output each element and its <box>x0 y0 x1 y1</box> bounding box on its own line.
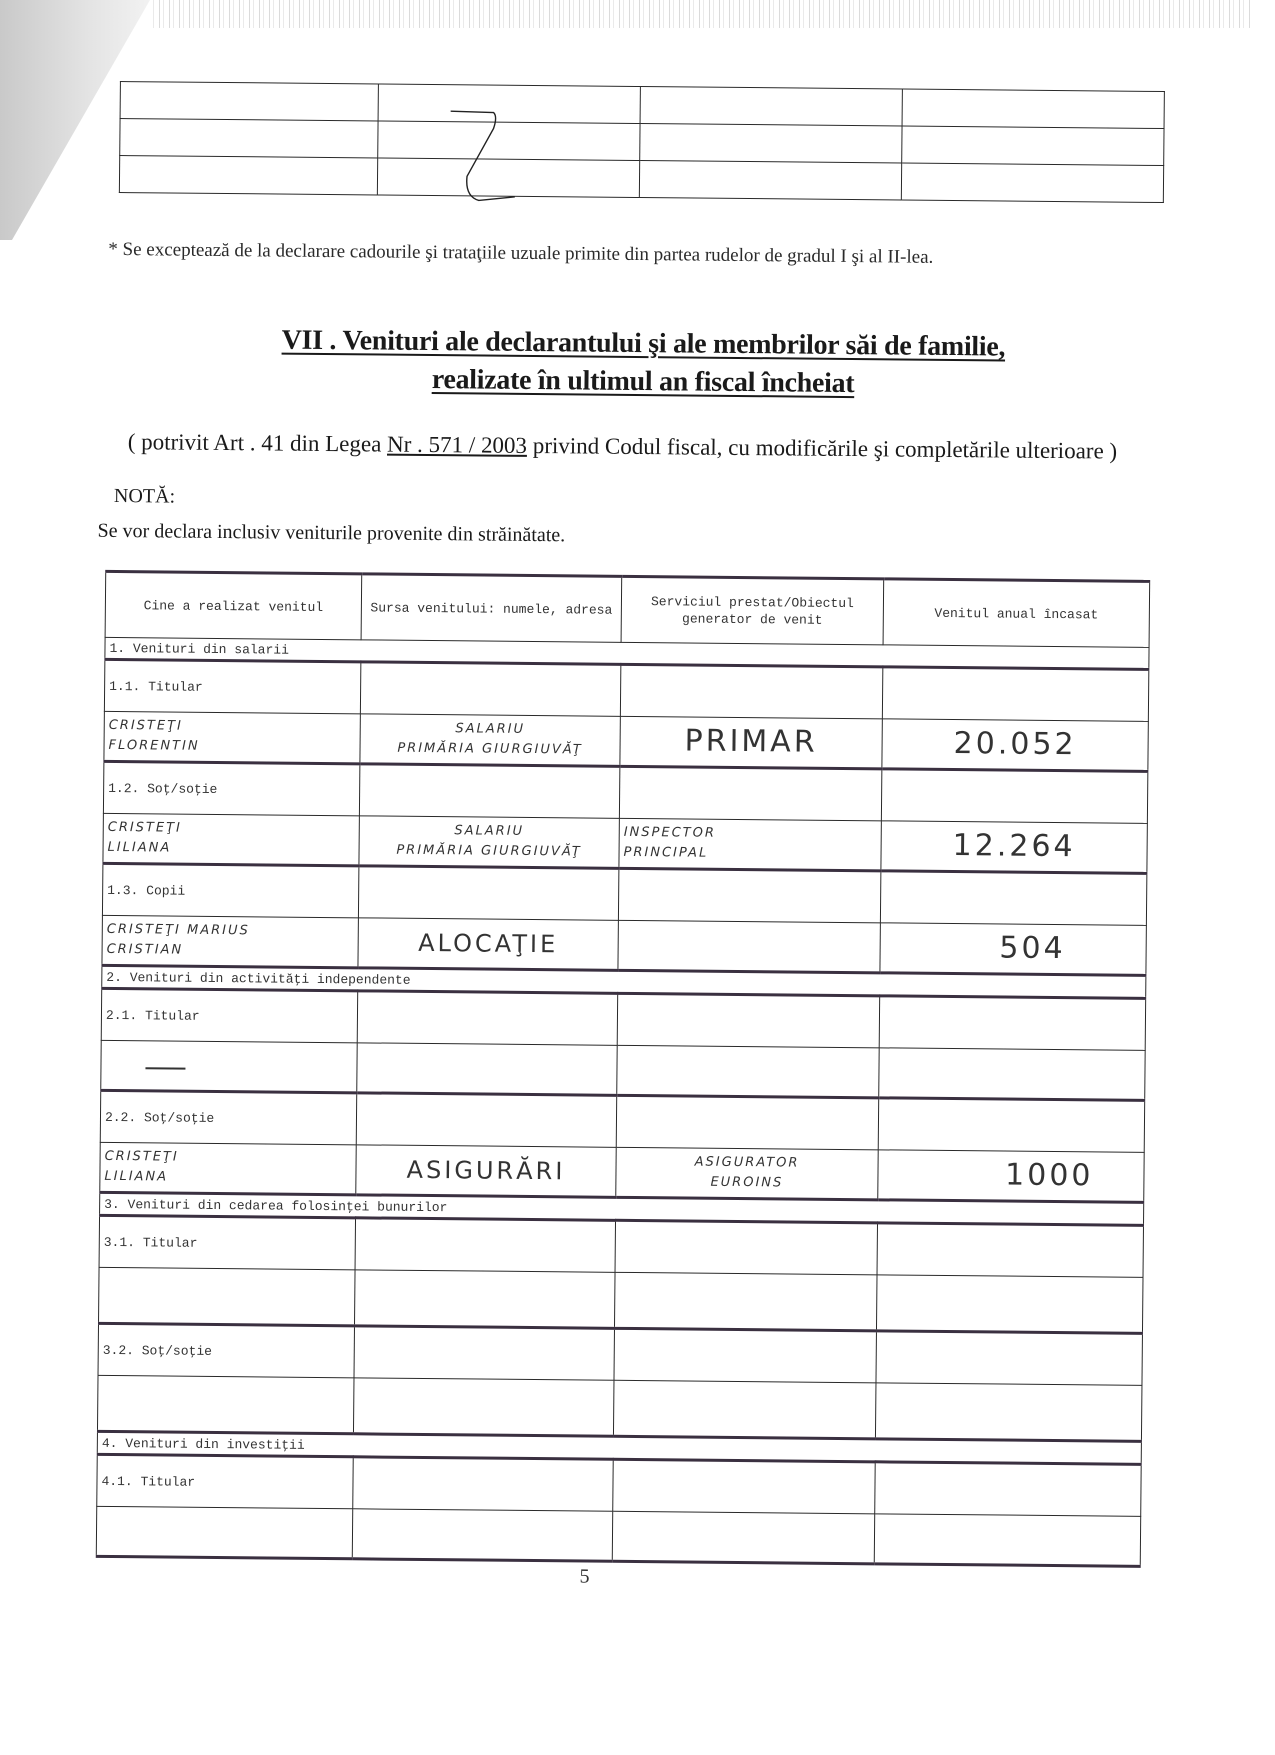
page-number: 5 <box>579 1565 589 1588</box>
entry-service <box>618 920 880 973</box>
section-title-line2: realizate în ultimul an fiscal încheiat <box>432 364 855 399</box>
law-number-link: Nr . 571 / 2003 <box>387 432 527 458</box>
section-title: VII . Venituri ale declarantului şi ale … <box>153 320 1134 405</box>
subsection-label: 2.1. Titular <box>101 988 357 1042</box>
entry-who: CRISTEŢI LILIANA <box>100 1142 356 1194</box>
entry-amount: 1000 <box>878 1150 1144 1203</box>
table-row <box>96 1506 1140 1566</box>
entry-source: SALARIU PRIMĂRIA GIURGIUVĂŢ <box>359 816 619 868</box>
subsection-label: 1.3. Copii <box>102 863 358 917</box>
document-page: * Se exceptează de la declarare cadouril… <box>0 0 1275 1755</box>
subsection-label: 2.2. Soţ/soţie <box>100 1090 356 1144</box>
subsection-label: 1.1. Titular <box>104 659 360 713</box>
entry-amount: 504 <box>880 923 1146 976</box>
table-header-row: Cine a realizat venitul Sursa venitului:… <box>105 571 1150 647</box>
entry-source: SALARIU PRIMĂRIA GIURGIUVĂŢ <box>360 714 620 766</box>
subsection-label: 3.2. Soţ/soţie <box>98 1323 354 1377</box>
entry-amount: 12.264 <box>881 821 1147 874</box>
entry-who: CRISTEŢI MARIUS CRISTIAN <box>102 915 358 967</box>
handwritten-dash <box>145 1067 185 1069</box>
note-label: NOTĂ: <box>114 485 175 509</box>
entry-who: CRISTEŢI LILIANA <box>103 813 359 865</box>
entry-who-dash <box>101 1040 357 1092</box>
note-text: Se vor declara inclusiv veniturile prove… <box>98 520 566 547</box>
entry-service: ASIGURATOR EUROINS <box>616 1147 878 1200</box>
entry-amount: 20.052 <box>882 719 1148 772</box>
legal-ref-suffix: privind Codul fiscal, cu modificările şi… <box>527 433 1117 464</box>
entry-service: PRIMAR <box>620 716 882 769</box>
section-title-line1: VII . Venituri ale declarantului şi ale … <box>282 325 1006 363</box>
header-source: Sursa venitului: numele, adresa <box>361 574 622 642</box>
income-table: Cine a realizat venitul Sursa venitului:… <box>96 570 1150 1568</box>
header-service: Serviciul prestat/Obiectul generator de … <box>621 576 884 645</box>
table-row <box>99 1267 1143 1333</box>
entry-source: ALOCAŢIE <box>358 918 618 970</box>
header-who: Cine a realizat venitul <box>105 571 362 639</box>
subsection-label: 1.2. Soţ/soţie <box>103 761 359 815</box>
previous-section-table <box>119 81 1165 203</box>
table-row <box>97 1375 1141 1441</box>
gifts-exception-footnote: * Se exceptează de la declarare cadouril… <box>108 239 1168 271</box>
entry-service: INSPECTOR PRINCIPAL <box>619 818 881 871</box>
subsection-label: 4.1. Titular <box>97 1454 353 1508</box>
subsection-label: 3.1. Titular <box>99 1215 355 1269</box>
legal-ref-prefix: ( potrivit Art . 41 din Legea <box>128 429 388 456</box>
entry-source: ASIGURĂRI <box>356 1145 616 1197</box>
handwritten-cancellation-mark <box>445 106 526 207</box>
header-amount: Venitul anual încasat <box>883 579 1150 648</box>
legal-reference: ( potrivit Art . 41 din Legea Nr . 571 /… <box>122 427 1122 467</box>
entry-who: CRISTEŢI FLORENTIN <box>104 711 360 763</box>
